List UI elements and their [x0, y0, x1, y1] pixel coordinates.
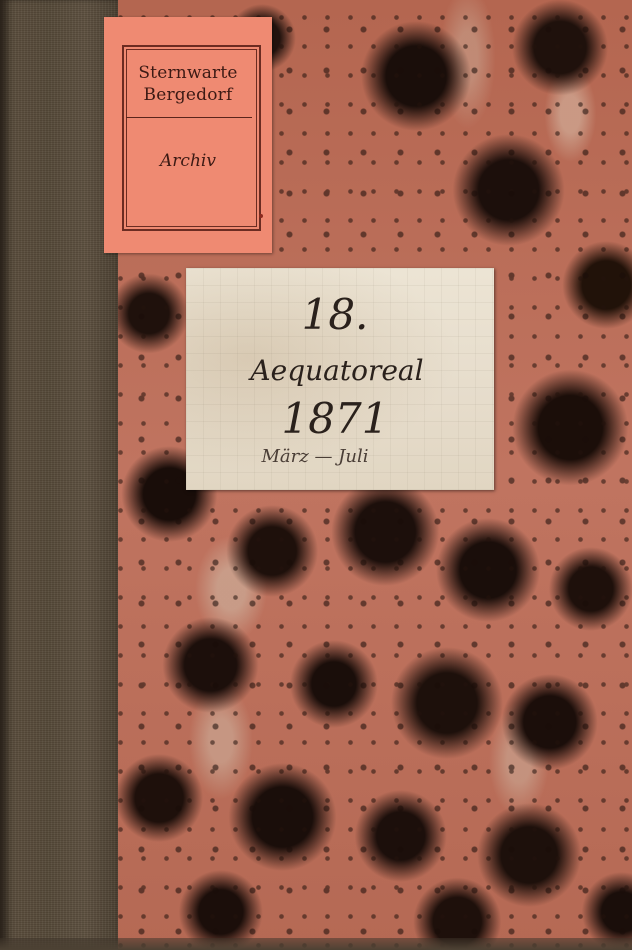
month-range: März — Juli — [136, 446, 494, 467]
archive-label-institution: Sternwarte — [104, 63, 272, 83]
volume-number: 18. — [176, 290, 494, 339]
spine-edge — [0, 0, 10, 950]
handwritten-label: 18. Aequatoreal 1871 März — Juli — [186, 268, 494, 490]
archive-label-rule — [126, 117, 252, 118]
year: 1871 — [176, 394, 494, 443]
archive-label-location: Bergedorf — [104, 85, 272, 105]
bottom-edge — [0, 938, 632, 950]
archive-label-speck — [259, 214, 263, 218]
instrument-title: Aequatoreal — [180, 354, 494, 387]
archive-label-subtitle: Archiv — [104, 151, 272, 171]
archive-label: Sternwarte Bergedorf Archiv — [104, 17, 272, 253]
notebook-cover: Sternwarte Bergedorf Archiv 18. Aequator… — [0, 0, 632, 950]
